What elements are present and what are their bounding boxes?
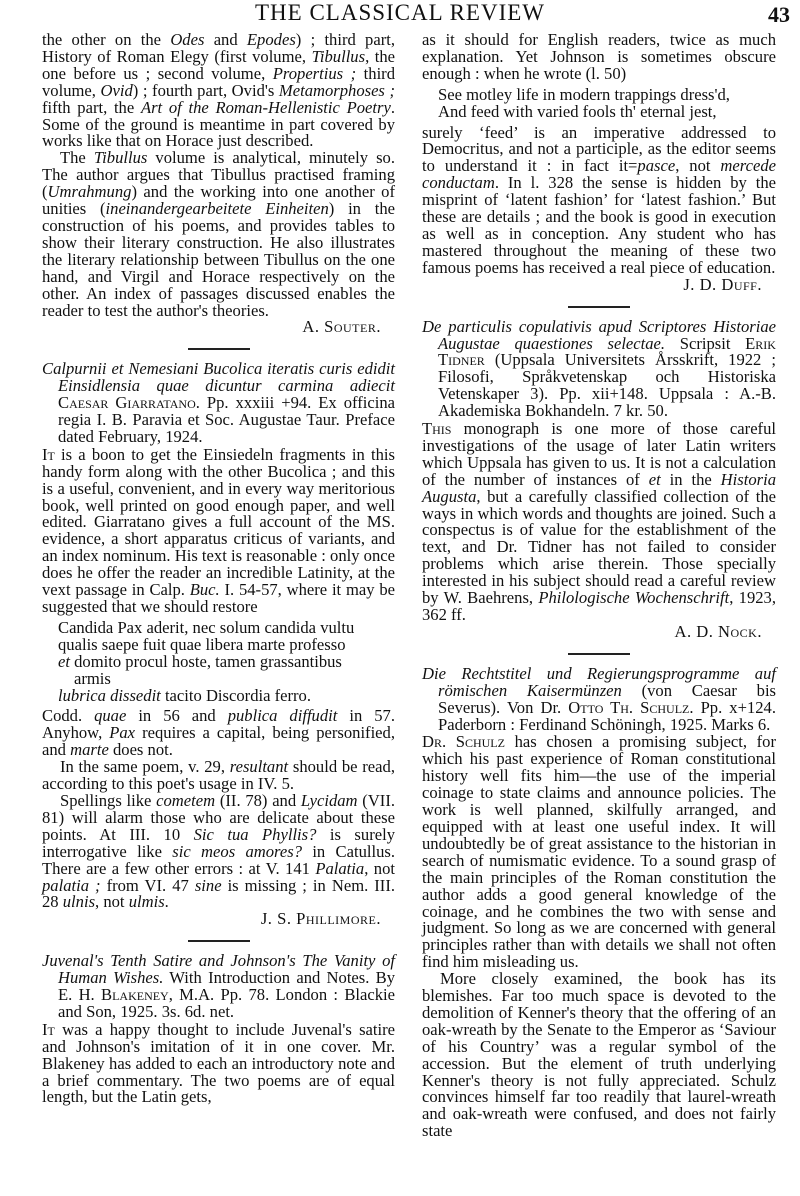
- review-heading: Calpurnii et Nemesiani Bucolica iteratis…: [42, 361, 395, 446]
- body-paragraph: The Tibullus volume is analytical, minut…: [42, 150, 395, 319]
- review-heading: Juvenal's Tenth Satire and Johnson's The…: [42, 953, 395, 1021]
- section-divider: [568, 306, 630, 308]
- continuation-paragraph: the other on the Odes and Epodes) ; thir…: [42, 32, 395, 150]
- body-paragraph: In the same poem, v. 29, resultant shoul…: [42, 759, 395, 793]
- verse-quotation: Candida Pax aderit, nec solum candida vu…: [42, 620, 395, 705]
- section-divider: [188, 348, 250, 350]
- body-paragraph: Dr. Schulz has chosen a promising subjec…: [422, 734, 776, 971]
- reviewer-signature: J. S. Phillimore.: [42, 911, 395, 928]
- verse-quotation: See motley life in modern trappings dres…: [422, 87, 776, 121]
- right-column: as it should for English readers, twice …: [422, 32, 776, 1140]
- body-paragraph: This monograph is one more of those care…: [422, 421, 776, 624]
- body-paragraph: Spellings like cometem (II. 78) and Lyci…: [42, 793, 395, 911]
- body-paragraph: More closely examined, the book has its …: [422, 971, 776, 1140]
- body-paragraph: Codd. quae in 56 and publica diffudit in…: [42, 708, 395, 759]
- left-column: the other on the Odes and Epodes) ; thir…: [42, 32, 395, 1106]
- page-header: THE CLASSICAL REVIEW 43: [0, 0, 800, 30]
- review-heading: De particulis copulativis apud Scriptore…: [422, 319, 776, 420]
- continuation-paragraph: as it should for English readers, twice …: [422, 32, 776, 83]
- reviewer-signature: J. D. Duff.: [422, 277, 776, 294]
- running-title: THE CLASSICAL REVIEW: [0, 0, 800, 26]
- reviewer-signature: A. Souter.: [42, 319, 395, 336]
- body-paragraph: It was a happy thought to include Juvena…: [42, 1022, 395, 1107]
- section-divider: [568, 653, 630, 655]
- section-divider: [188, 940, 250, 942]
- page-number: 43: [768, 2, 790, 28]
- reviewer-signature: A. D. Nock.: [422, 624, 776, 641]
- body-paragraph: It is a boon to get the Einsiedeln fragm…: [42, 447, 395, 616]
- review-heading: Die Rechtstitel und Regierungsprogramme …: [422, 666, 776, 734]
- body-paragraph: surely ‘feed’ is an imperative addressed…: [422, 125, 776, 277]
